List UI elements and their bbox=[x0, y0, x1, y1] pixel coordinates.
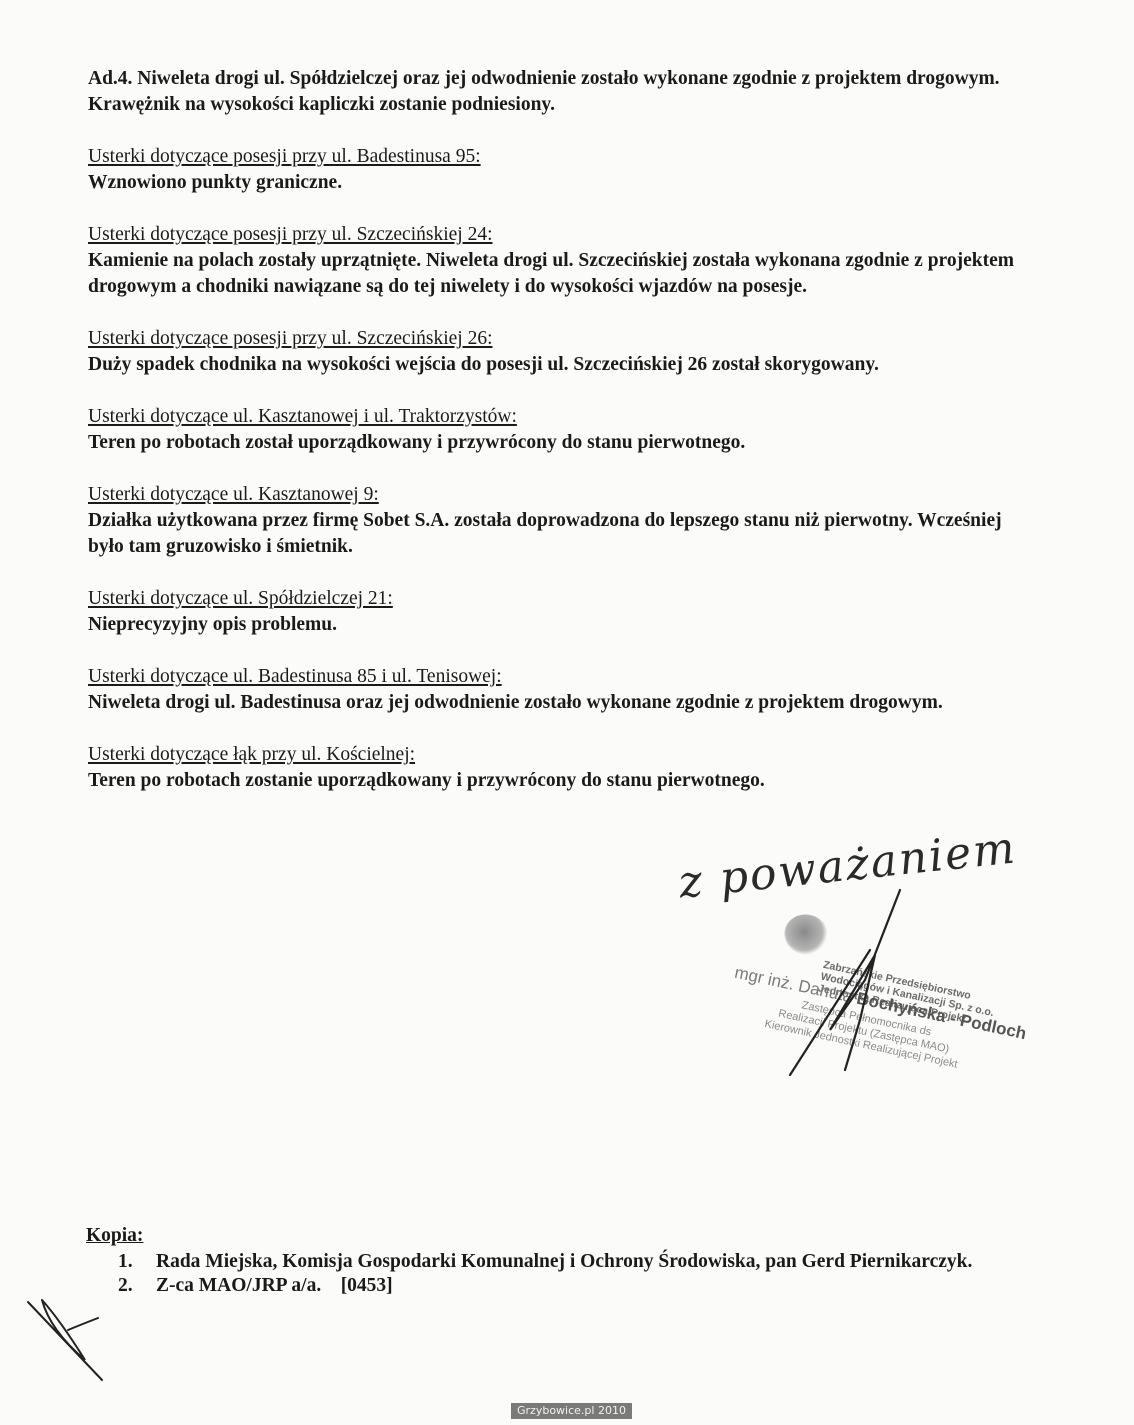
intro-line: Ad.4. Niweleta drogi ul. Spółdzielczej o… bbox=[88, 66, 1128, 92]
copy-item-text: Z-ca MAO/JRP a/a. [0453] bbox=[156, 1274, 393, 1298]
section-heading: Usterki dotyczące posesji przy ul. Szcze… bbox=[88, 222, 1128, 248]
signature-scribble-icon bbox=[660, 830, 1040, 1090]
signature-block: z poważaniem Zabrzańskie Przedsiębiorstw… bbox=[660, 830, 1040, 1090]
section-heading: Usterki dotyczące ul. Kasztanowej i ul. … bbox=[88, 404, 1128, 430]
section-heading: Usterki dotyczące ul. Kasztanowej 9: bbox=[88, 482, 1128, 508]
section-body: Nieprecyzyjny opis problemu. bbox=[88, 612, 1128, 638]
section-kasztanowa-traktorzystow: Usterki dotyczące ul. Kasztanowej i ul. … bbox=[88, 404, 1128, 456]
copy-heading: Kopia: bbox=[86, 1224, 1086, 1248]
section-heading: Usterki dotyczące ul. Spółdzielczej 21: bbox=[88, 586, 1128, 612]
section-body: Teren po robotach zostanie uporządkowany… bbox=[88, 768, 1128, 794]
section-heading: Usterki dotyczące ul. Badestinusa 85 i u… bbox=[88, 664, 1128, 690]
section-body: było tam gruzowisko i śmietnik. bbox=[88, 534, 1128, 560]
copy-list: 1.Rada Miejska, Komisja Gospodarki Komun… bbox=[118, 1250, 1086, 1298]
section-body: Niweleta drogi ul. Badestinusa oraz jej … bbox=[88, 690, 1128, 716]
section-szczecinska-26: Usterki dotyczące posesji przy ul. Szcze… bbox=[88, 326, 1128, 378]
section-body: Duży spadek chodnika na wysokości wejści… bbox=[88, 352, 1128, 378]
section-body: Wznowiono punkty graniczne. bbox=[88, 170, 1128, 196]
watermark: Grzybowice.pl 2010 bbox=[511, 1403, 632, 1419]
section-heading: Usterki dotyczące łąk przy ul. Kościelne… bbox=[88, 742, 1128, 768]
copy-item: 1.Rada Miejska, Komisja Gospodarki Komun… bbox=[118, 1250, 1086, 1274]
section-kasztanowa-9: Usterki dotyczące ul. Kasztanowej 9: Dzi… bbox=[88, 482, 1128, 560]
section-body: Teren po robotach został uporządkowany i… bbox=[88, 430, 1128, 456]
section-koscielna: Usterki dotyczące łąk przy ul. Kościelne… bbox=[88, 742, 1128, 794]
section-badestinusa-95: Usterki dotyczące posesji przy ul. Bades… bbox=[88, 144, 1128, 196]
section-body: Działka użytkowana przez firmę Sobet S.A… bbox=[88, 508, 1128, 534]
section-body: Kamienie na polach zostały uprzątnięte. … bbox=[88, 248, 1128, 274]
intro-line: Krawężnik na wysokości kapliczki zostani… bbox=[88, 92, 1128, 118]
section-szczecinska-24: Usterki dotyczące posesji przy ul. Szcze… bbox=[88, 222, 1128, 300]
section-heading: Usterki dotyczące posesji przy ul. Szcze… bbox=[88, 326, 1128, 352]
copy-item: 2.Z-ca MAO/JRP a/a. [0453] bbox=[118, 1274, 1086, 1298]
section-spoldzielcza-21: Usterki dotyczące ul. Spółdzielczej 21: … bbox=[88, 586, 1128, 638]
section-badestinusa-85-tenisowa: Usterki dotyczące ul. Badestinusa 85 i u… bbox=[88, 664, 1128, 716]
initials-scribble-icon bbox=[20, 1290, 130, 1390]
copy-item-text: Rada Miejska, Komisja Gospodarki Komunal… bbox=[156, 1250, 972, 1274]
section-heading: Usterki dotyczące posesji przy ul. Bades… bbox=[88, 144, 1128, 170]
document-body: Ad.4. Niweleta drogi ul. Spółdzielczej o… bbox=[88, 66, 1128, 794]
copy-item-number: 1. bbox=[118, 1250, 156, 1274]
section-body: drogowym a chodniki nawiązane są do tej … bbox=[88, 274, 1128, 300]
copy-recipients: Kopia: 1.Rada Miejska, Komisja Gospodark… bbox=[86, 1224, 1086, 1298]
